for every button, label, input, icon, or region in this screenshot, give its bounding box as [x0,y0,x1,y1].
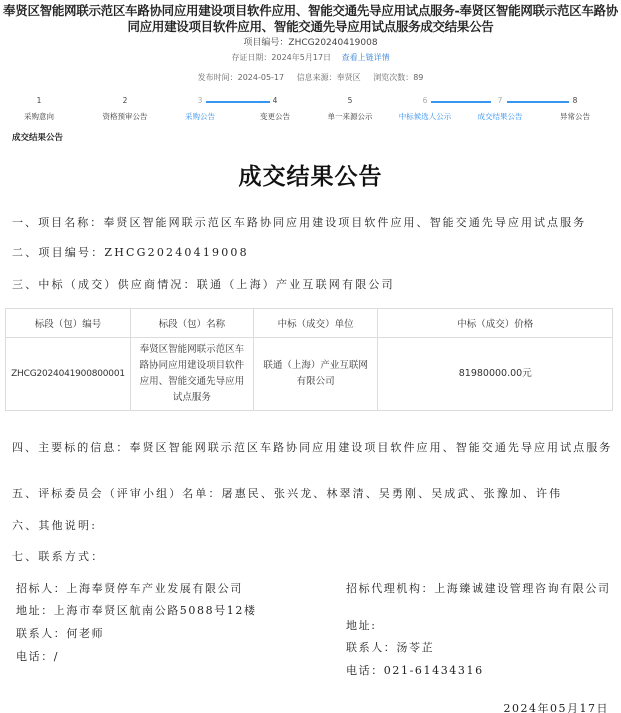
step-number: 5 [310,95,390,107]
committee-paragraph: 五、评标委员会（评审小组）名单：屠惠民、张兴龙、林翠清、吴勇刚、吴成武、张豫加、… [12,487,617,501]
step-8[interactable]: 8 异常公告 [535,95,615,122]
step-label: 成交结果公告 [460,111,540,122]
cell-price: 81980000.00元 [378,338,613,411]
step-label: 采购意向 [0,111,79,122]
header-lot-code: 标段（包）编号 [6,309,131,338]
tenderer-contact-person: 联系人：何老师 [16,627,104,641]
project-number-paragraph: 二、项目编号：ZHCG20240419008 [12,246,617,260]
step-label: 变更公告 [235,111,315,122]
tenderer-address: 地址：上海市奉贤区航南公路5088号12楼 [16,604,257,618]
contact-heading: 七、联系方式： [12,550,617,564]
cert-date: 存证日期：2024年5月17日 [231,53,331,62]
header-price: 中标（成交）价格 [378,309,613,338]
step-3[interactable]: 3 采购公告 [160,95,240,122]
step-4[interactable]: 4 变更公告 [235,95,315,122]
view-chain-details-link[interactable]: 查看上链详情 [342,53,390,62]
notice-date: 2024年05月17日 [504,700,610,713]
cell-lot-code: ZHCG2024041900800001 [6,338,131,411]
procurement-steps: 1 采购意向 2 资格预审公告 3 采购公告 4 变更公告 5 单一来源公示 6… [0,95,621,125]
agency-contact-person: 联系人：汤苓芷 [346,641,434,655]
step-5[interactable]: 5 单一来源公示 [310,95,390,122]
step-number: 6 [385,95,465,107]
tenderer-name: 招标人：上海奉贤停车产业发展有限公司 [16,582,243,596]
view-count: 浏览次数：89 [373,73,423,82]
cell-lot-name: 奉贤区智能网联示范区车路协同应用建设项目软件应用、智能交通先导应用试点服务 [130,338,253,411]
step-label: 中标候选人公示 [385,111,465,122]
table-header-row: 标段（包）编号 标段（包）名称 中标（成交）单位 中标（成交）价格 [6,309,613,338]
step-label: 单一来源公示 [310,111,390,122]
step-7[interactable]: 7 成交结果公告 [460,95,540,122]
step-number: 4 [235,95,315,107]
step-6[interactable]: 6 中标候选人公示 [385,95,465,122]
tenderer-phone: 电话：/ [16,650,59,664]
step-number: 2 [85,95,165,107]
project-name-paragraph: 一、项目名称：奉贤区智能网联示范区车路协同应用建设项目软件应用、智能交通先导应用… [12,216,617,230]
header-winner: 中标（成交）单位 [253,309,378,338]
supplier-paragraph: 三、中标（成交）供应商情况：联通（上海）产业互联网有限公司 [12,278,617,292]
step-1[interactable]: 1 采购意向 [0,95,79,122]
step-label: 采购公告 [160,111,240,122]
step-label: 异常公告 [535,111,615,122]
publish-info: 发布时间：2024-05-17 信息来源：奉贤区 浏览次数：89 [0,72,621,83]
certification-line: 存证日期：2024年5月17日 查看上链详情 [0,52,621,63]
info-source: 信息来源：奉贤区 [297,73,361,82]
agency-phone: 电话：021-61434316 [346,664,484,678]
step-number: 1 [0,95,79,107]
step-2[interactable]: 2 资格预审公告 [85,95,165,122]
project-number: 项目编号：ZHCG20240419008 [0,35,621,48]
section-label: 成交结果公告 [12,131,63,143]
other-notes-paragraph: 六、其他说明: [12,519,617,533]
agency-address: 地址: [346,619,377,633]
step-number: 7 [460,95,540,107]
bid-result-table: 标段（包）编号 标段（包）名称 中标（成交）单位 中标（成交）价格 ZHCG20… [5,308,613,411]
header-lot-name: 标段（包）名称 [130,309,253,338]
step-number: 8 [535,95,615,107]
subject-info-paragraph: 四、主要标的信息：奉贤区智能网联示范区车路协同应用建设项目软件应用、智能交通先导… [12,441,617,455]
document-title: 成交结果公告 [0,158,621,191]
agency-name: 招标代理机构：上海臻诚建设管理咨询有限公司 [346,582,614,596]
cell-winner: 联通（上海）产业互联网有限公司 [253,338,378,411]
notice-title: 奉贤区智能网联示范区车路协同应用建设项目软件应用、智能交通先导应用试点服务-奉贤… [0,3,621,35]
table-row: ZHCG2024041900800001 奉贤区智能网联示范区车路协同应用建设项… [6,338,613,411]
step-number: 3 [160,95,240,107]
publish-time: 发布时间：2024-05-17 [198,73,285,82]
step-label: 资格预审公告 [85,111,165,122]
